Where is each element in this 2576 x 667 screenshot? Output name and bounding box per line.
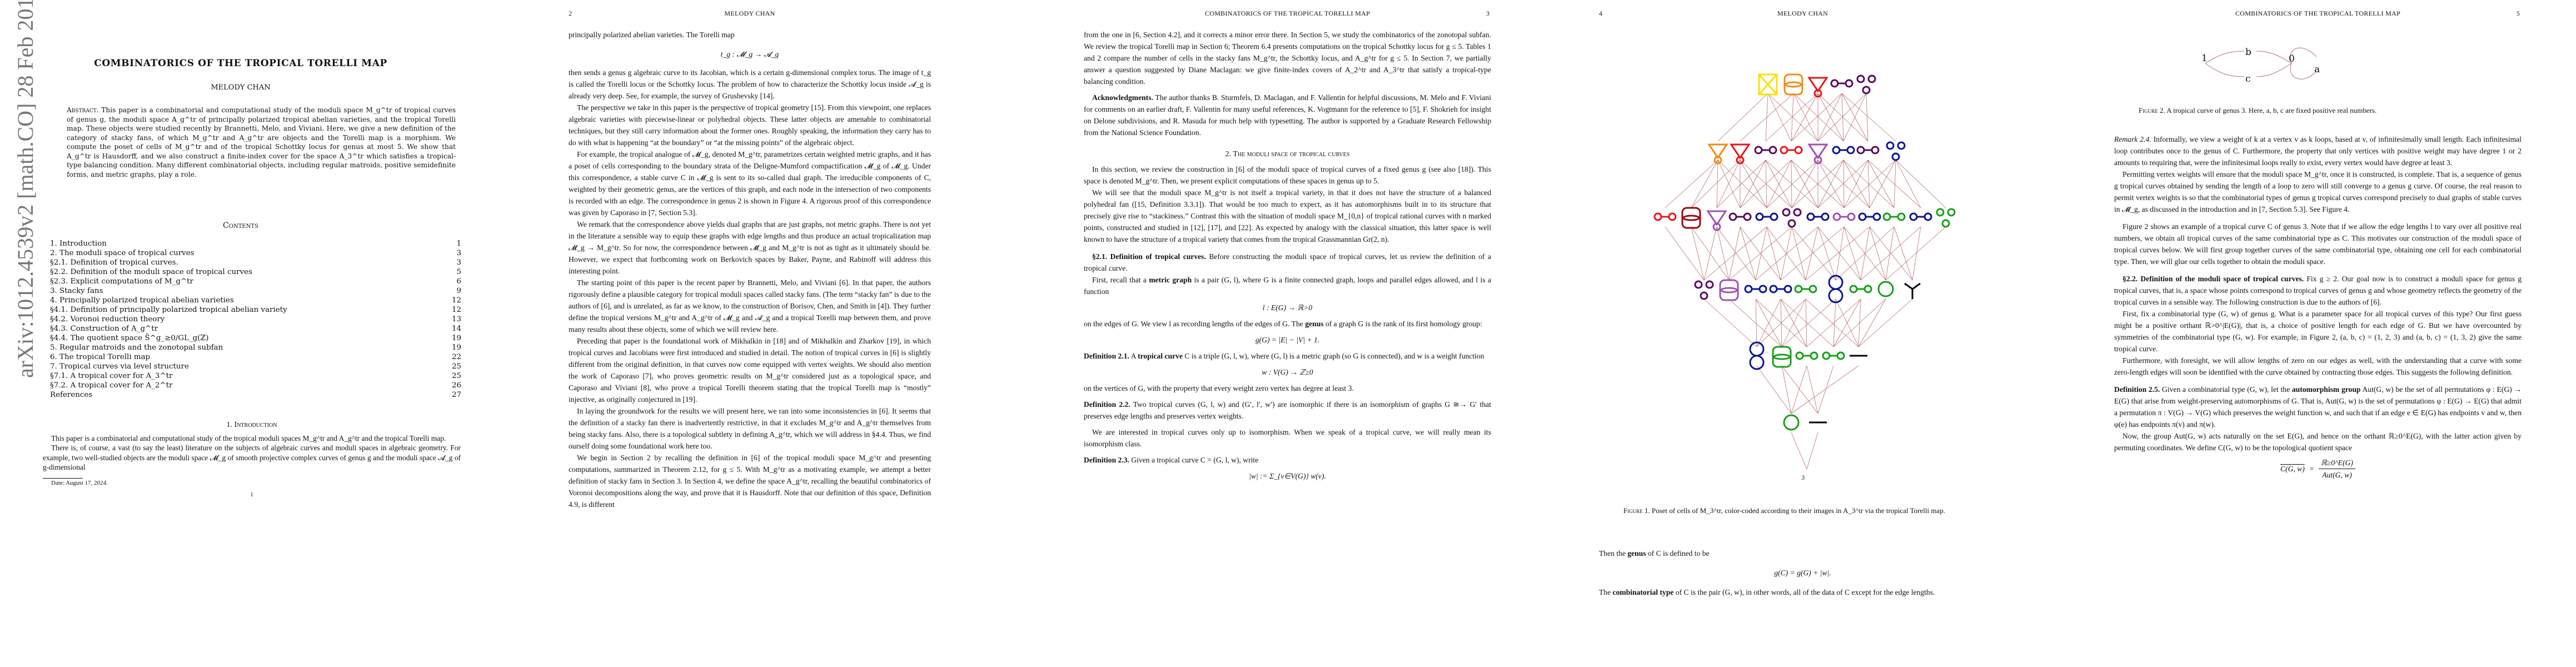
toc-entry-label: §2.2. Definition of the moduli space of … — [50, 267, 252, 277]
toc-entry[interactable]: 6. The tropical Torelli map22 — [50, 352, 461, 362]
paragraph: Then the genus of C is defined to be — [1599, 547, 2006, 559]
poset-cell-graph-icon — [1784, 415, 1798, 430]
arxiv-stamp: arXiv:1012.4539v2 [math.CO] 28 Feb 2011 — [12, 0, 38, 378]
poset-cell-graph-icon — [1887, 142, 1905, 160]
page-2-body: principally polarized abelian varieties.… — [569, 29, 931, 510]
edge-label-b: b — [2245, 47, 2251, 58]
toc-entry-page: 6 — [456, 277, 461, 286]
toc-entry-label: §4.2. Voronoi reduction theory — [50, 315, 165, 324]
paragraph: We begin in Section 2 by recalling the d… — [569, 452, 931, 510]
contents-heading: Contents — [85, 221, 396, 230]
page-1: arXiv:1012.4539v2 [math.CO] 28 Feb 2011 … — [0, 0, 515, 667]
poset-cell-graph-icon — [1756, 213, 1777, 220]
poset-cell-graph-icon — [1905, 283, 1920, 299]
text: of C is the pair (G, w), in other words,… — [1673, 588, 1935, 596]
toc-entry[interactable]: 2. The moduli space of tropical curves3 — [50, 248, 461, 258]
page-number: 5 — [2517, 9, 2520, 18]
toc-entry-label: 4. Principally polarized tropical abelia… — [50, 296, 234, 305]
poset-cell-graph-icon — [1745, 286, 1766, 292]
definition-label: Definition 2.2. — [1084, 400, 1130, 409]
abstract-text: This paper is a combinatorial and comput… — [67, 106, 456, 178]
paragraph: For example, the tropical analogue of 𝓜_… — [569, 148, 931, 218]
figure-1-caption: Figure 1. Poset of cells of M_3^tr, colo… — [1623, 506, 2007, 516]
toc-entry-label: 1. Introduction — [50, 239, 107, 248]
poset-cell-graph-icon — [1759, 74, 1777, 94]
toc-entry-page: 25 — [452, 371, 461, 381]
poset-cell-graph-icon — [1857, 76, 1875, 93]
toc-entry-label: §7.2. A tropical cover for A_2^tr — [50, 381, 172, 390]
intro-paragraph: There is, of course, a vast (to say the … — [43, 443, 461, 472]
poset-cell-graph-icon — [1796, 352, 1817, 359]
toc-entry-label: 2. The moduli space of tropical curves — [50, 248, 195, 258]
abstract: Abstract. This paper is a combinatorial … — [67, 106, 456, 179]
term-metric-graph: metric graph — [1149, 276, 1192, 284]
term-combinatorial-type: combinatorial type — [1613, 588, 1674, 596]
section-2-heading: 2. The moduli space of tropical curves — [1084, 148, 1491, 160]
definition-label: Definition 2.3. — [1084, 456, 1129, 464]
paragraph: In laying the groundwork for the results… — [569, 405, 931, 452]
poset-nodes — [1655, 74, 1955, 430]
page-number: 3 — [1486, 9, 1489, 18]
toc-entry-page: 26 — [452, 381, 461, 390]
paragraph: The starting point of this paper is the … — [569, 277, 931, 335]
paragraph: Preceding that paper is the foundational… — [569, 335, 931, 405]
poset-cell-graph-icon — [1833, 213, 1855, 220]
equation-quotient: C(G, w) = ℝ≥0^E(G) Aut(G, w) — [2114, 457, 2522, 481]
paragraph: on the vertices of G, with the property … — [1084, 382, 1491, 394]
intro-paragraph: This paper is a combinatorial and comput… — [43, 434, 461, 444]
figure-1-bottom-label: 3 — [1801, 475, 1805, 481]
edge-label-c: c — [2245, 73, 2251, 84]
toc-entry-label: References — [50, 390, 92, 400]
paragraph: We are interested in tropical curves onl… — [1084, 426, 1491, 450]
term-genus: genus — [1305, 320, 1323, 328]
text: Given a tropical curve C = (G, l, w), wr… — [1129, 456, 1258, 464]
poset-cell-graph-icon — [1807, 213, 1828, 220]
toc-entry-label: §4.4. The quotient space S̃^g_≥0/GL_g(ℤ) — [50, 333, 208, 343]
page-3: COMBINATORICS OF THE TROPICAL TORELLI MA… — [1030, 0, 1546, 667]
toc-entry-label: 6. The tropical Torelli map — [50, 352, 150, 362]
poset-cell-graph-icon — [1785, 74, 1802, 94]
definition-2-2: Definition 2.2. Two tropical curves (G, … — [1084, 399, 1491, 422]
toc-entry-page: 13 — [452, 315, 461, 324]
definition-2-5: Definition 2.5. Given a combinatorial ty… — [2114, 384, 2522, 430]
page-number: 1 — [43, 490, 461, 500]
running-head: COMBINATORICS OF THE TROPICAL TORELLI MA… — [1084, 9, 1491, 18]
toc-entry-page: 5 — [456, 267, 461, 277]
paragraph: principally polarized abelian varieties.… — [569, 29, 931, 41]
toc-entry-label: §2.1. Definition of tropical curves. — [50, 258, 178, 267]
equation-genus: g(G) = |E| − |V| + 1. — [1084, 334, 1491, 346]
toc-entry-page: 22 — [452, 352, 461, 362]
caption-text: A tropical curve of genus 3. Here, a, b,… — [2166, 106, 2376, 115]
toc-entry-page: 14 — [452, 324, 461, 333]
toc-entry[interactable]: §2.3. Explicit computations of M_g^tr6 — [50, 277, 461, 286]
figure-1-poset — [1623, 67, 1990, 489]
equals-sign: = — [2309, 463, 2314, 475]
toc-entry-label: §7.1. A tropical cover for A_3^tr — [50, 371, 172, 381]
poset-cell-graph-icon — [1823, 352, 1844, 359]
toc-entry-page: 9 — [456, 286, 461, 296]
page-4: 4 MELODY CHAN 3 Figure 1. Poset of cells… — [1546, 0, 2061, 667]
subsection-label: §2.2. Definition of the moduli space of … — [2122, 275, 2304, 283]
vertex-weight-left: 1 — [2201, 53, 2208, 64]
poset-cell-graph-icon — [1850, 286, 1871, 292]
poset-cell-graph-icon — [1781, 147, 1802, 153]
toc-entry[interactable]: §7.2. A tropical cover for A_2^tr26 — [50, 381, 461, 390]
toc-entry[interactable]: §2.1. Definition of tropical curves.3 — [50, 258, 461, 267]
toc-entry-page: 25 — [452, 362, 461, 371]
vertex-weight-right: 0 — [2289, 53, 2295, 64]
page-2: 2 MELODY CHAN principally polarized abel… — [515, 0, 1030, 667]
denominator: Aut(G, w) — [2322, 469, 2352, 481]
running-head: COMBINATORICS OF THE TROPICAL TORELLI MA… — [2114, 9, 2522, 18]
paragraph: We remark that the correspondence above … — [569, 218, 931, 277]
poset-cell-graph-icon — [1682, 208, 1700, 228]
term-tropical-curve: tropical curve — [1138, 352, 1183, 360]
toc-entry[interactable]: §4.2. Voronoi reduction theory13 — [50, 315, 461, 324]
introduction: 1. Introduction This paper is a combinat… — [43, 411, 461, 500]
text: on the edges of G. We view l as recordin… — [1084, 320, 1305, 328]
definition-2-3: Definition 2.3. Given a tropical curve C… — [1084, 454, 1491, 466]
page-5-body: Remark 2.4. Informally, we view a weight… — [2114, 133, 2522, 481]
poset-cell-graph-icon — [1720, 280, 1738, 300]
text: Two tropical curves (G, l, w) and (G′, l… — [1084, 400, 1491, 420]
toc-entry[interactable]: §7.1. A tropical cover for A_3^tr25 — [50, 371, 461, 381]
abstract-label: Abstract. — [67, 106, 99, 114]
poset-cell-graph-icon — [1831, 80, 1852, 87]
paper-title: COMBINATORICS OF THE TROPICAL TORELLI MA… — [85, 58, 396, 69]
running-head: MELODY CHAN — [569, 9, 931, 18]
toc-entry-label: §4.1. Definition of principally polarize… — [50, 305, 287, 315]
paragraph: In this section, we review the construct… — [1084, 163, 1491, 187]
text: A — [1129, 352, 1138, 360]
paragraph: The combinatorial type of C is the pair … — [1599, 586, 2006, 598]
caption-label: Figure 1. — [1623, 506, 1650, 515]
equation-weight-sum: |w| := Σ_{v∈V(G)} w(v). — [1084, 470, 1491, 482]
subsection-2-1: §2.1. Definition of tropical curves. Bef… — [1084, 251, 1491, 274]
paragraph: from the one in [6, Section 4.2], and it… — [1084, 29, 1491, 87]
poset-cell-graph-icon — [1795, 286, 1816, 292]
toc-entry[interactable]: 7. Tropical curves via level structure25 — [50, 362, 461, 371]
paragraph: We will see that the moduli space M_g^tr… — [1084, 187, 1491, 245]
poset-cell-graph-icon — [1770, 286, 1791, 292]
text: of C is defined to be — [1646, 549, 1710, 558]
paragraph: The perspective we take in this paper is… — [569, 102, 931, 148]
caption-label: Figure 2. — [2139, 106, 2165, 115]
paragraph: on the edges of G. We view l as recordin… — [1084, 318, 1491, 330]
toc-entry[interactable]: 1. Introduction1 — [50, 239, 461, 248]
remark-label: Remark 2.4. — [2114, 135, 2151, 143]
paragraph: Permitting vertex weights will ensure th… — [2114, 168, 2522, 215]
toc-entry-page: 19 — [452, 343, 461, 352]
subsection-label: §2.1. Definition of tropical curves. — [1092, 252, 1206, 261]
poset-cell-graph-icon — [1730, 213, 1751, 220]
page-4-body: Then the genus of C is defined to be g(C… — [1599, 547, 2006, 598]
toc-entry[interactable]: 3. Stacky fans9 — [50, 286, 461, 296]
acknowledgments: Acknowledgments. The author thanks B. St… — [1084, 92, 1491, 138]
numerator: ℝ≥0^E(G) — [2319, 457, 2355, 469]
remark-2-4: Remark 2.4. Informally, we view a weight… — [2114, 133, 2522, 168]
toc-entry-page: 3 — [456, 248, 461, 258]
poset-cell-graph-icon — [1833, 147, 1854, 153]
definition-label: Definition 2.5. — [2114, 385, 2160, 394]
equation-weight: w : V(G) → ℤ≥0 — [1084, 366, 1491, 378]
footnote-date: Date: August 17, 2024. — [43, 479, 461, 489]
toc-entry[interactable]: References27 — [50, 390, 461, 400]
definition-label: Definition 2.1. — [1084, 352, 1129, 360]
toc-entry[interactable]: 5. Regular matroids and the zonotopal su… — [50, 343, 461, 352]
toc-entry-label: 7. Tropical curves via level structure — [50, 362, 189, 371]
text: C is a triple (G, l, w), where (G, l) is… — [1183, 352, 1484, 360]
toc-entry[interactable]: §2.2. Definition of the moduli space of … — [50, 267, 461, 277]
toc-entry[interactable]: §4.3. Construction of A_g^tr14 — [50, 324, 461, 333]
poset-cell-graph-icon — [1857, 147, 1879, 153]
poset-cell-graph-icon — [1773, 347, 1791, 367]
running-head: MELODY CHAN — [1599, 9, 2006, 18]
toc-entry[interactable]: §4.1. Definition of principally polarize… — [50, 305, 461, 315]
toc-entry-page: 12 — [452, 305, 461, 315]
toc-entry[interactable]: §4.4. The quotient space S̃^g_≥0/GL_g(ℤ)… — [50, 333, 461, 343]
text: First, recall that a — [1092, 276, 1149, 284]
poset-cell-graph-icon — [1879, 282, 1893, 296]
term-automorphism-group: automorphism group — [2292, 385, 2361, 394]
paragraph: Furthermore, with foresight, we will all… — [2114, 355, 2522, 378]
page-5: COMBINATORICS OF THE TROPICAL TORELLI MA… — [2061, 0, 2576, 667]
poset-cell-graph-icon — [1655, 213, 1676, 220]
text: of a graph G is the rank of its first ho… — [1323, 320, 1482, 328]
paragraph: Now, the group Aut(G, w) acts naturally … — [2114, 430, 2522, 454]
text: Given a combinatorial type (G, w), let t… — [2160, 385, 2292, 394]
author: MELODY CHAN — [85, 83, 396, 92]
toc-entry-label: 5. Regular matroids and the zonotopal su… — [50, 343, 223, 352]
term-genus: genus — [1627, 549, 1646, 558]
caption-text: Poset of cells of M_3^tr, color-coded ac… — [1652, 506, 1945, 515]
poset-cell-graph-icon — [1695, 281, 1713, 299]
poset-cell-graph-icon — [1910, 213, 1931, 220]
fraction: ℝ≥0^E(G) Aut(G, w) — [2319, 457, 2355, 481]
poset-cell-graph-icon — [1783, 209, 1801, 227]
poset-cell-graph-icon — [1755, 147, 1776, 153]
poset-cell-graph-icon — [1859, 213, 1880, 220]
toc-entry-page: 1 — [456, 239, 461, 248]
paragraph: First, recall that a metric graph is a p… — [1084, 274, 1491, 297]
text: Then the — [1599, 549, 1627, 558]
paragraph: then sends a genus g algebraic curve to … — [569, 67, 931, 102]
ack-label: Acknowledgments. — [1092, 93, 1153, 102]
paragraph: Figure 2 shows an example of a tropical … — [2114, 221, 2522, 267]
definition-2-1: Definition 2.1. A tropical curve C is a … — [1084, 350, 1491, 362]
table-of-contents: 1. Introduction12. The moduli space of t… — [50, 239, 461, 400]
equation-length: l : E(G) → ℝ>0 — [1084, 302, 1491, 313]
loop-label-a: a — [2314, 64, 2320, 75]
toc-entry[interactable]: 4. Principally polarized tropical abelia… — [50, 296, 461, 305]
toc-entry-label: 3. Stacky fans — [50, 286, 103, 296]
poset-cell-graph-icon — [1937, 209, 1955, 227]
equation-curve-genus: g(C) = g(G) + |w|. — [1599, 567, 2006, 579]
text: The — [1599, 588, 1613, 596]
poset-cell-graph-icon — [1884, 213, 1905, 220]
toc-entry-page: 12 — [452, 296, 461, 305]
quotient-lhs: C(G, w) — [2280, 463, 2305, 475]
figure-2-caption: Figure 2. A tropical curve of genus 3. H… — [2139, 106, 2522, 116]
toc-entry-label: §2.3. Explicit computations of M_g^tr — [50, 277, 193, 286]
toc-entry-page: 3 — [456, 258, 461, 267]
paragraph: First, fix a combinatorial type (G, w) o… — [2114, 308, 2522, 355]
equation-torelli: t_g : 𝓜_g → 𝓐_g — [569, 48, 931, 60]
intro-heading: 1. Introduction — [43, 420, 461, 430]
toc-entry-page: 27 — [452, 390, 461, 400]
remark-text: Informally, we view a weight of k at a v… — [2114, 135, 2522, 167]
toc-entry-label: §4.3. Construction of A_g^tr — [50, 324, 158, 333]
toc-entry-page: 19 — [452, 333, 461, 343]
subsection-2-2: §2.2. Definition of the moduli space of … — [2114, 273, 2522, 308]
page-3-body: from the one in [6, Section 4.2], and it… — [1084, 29, 1491, 486]
figure-2-tropical-curve — [2200, 44, 2333, 94]
